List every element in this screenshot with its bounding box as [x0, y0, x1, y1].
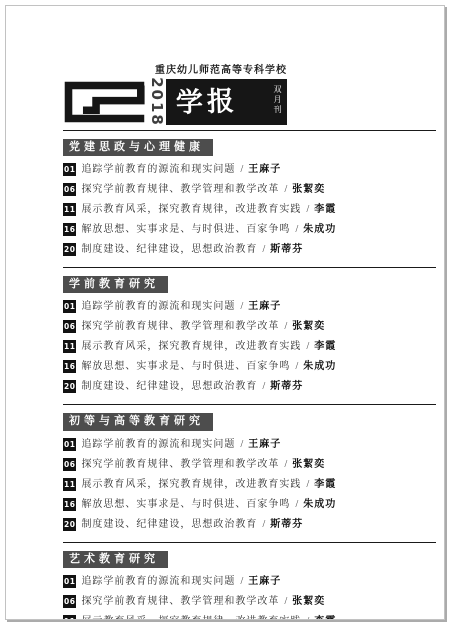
toc-entry: 06 探究学前教育规律、教学管理和教学改革 / 张絜奕	[63, 595, 436, 608]
entry-title: 制度建设、纪律建设，思想政治教育	[81, 381, 257, 392]
toc-entry: 01 追踪学前教育的源流和现实问题 / 王麻子	[63, 163, 436, 176]
school-name: 重庆幼儿师范高等专科学校	[63, 61, 287, 76]
toc-entry: 16 解放思想、实事求是、与时俱进、百家争鸣 / 朱成功	[63, 498, 436, 511]
entry-title: 解放思想、实事求是、与时俱进、百家争鸣	[81, 361, 290, 372]
page-content: 重庆幼儿师范高等专科学校 2018 学报 双月刊 党建思政与心理健康 01 追踪…	[6, 6, 444, 620]
entry-separator: /	[240, 301, 243, 312]
entry-list: 01 追踪学前教育的源流和现实问题 / 王麻子 06 探究学前教育规律、教学管理…	[63, 575, 436, 620]
entry-title: 展示教育风采，探究教育规律，改进教育实践	[81, 616, 301, 620]
entry-author: 李霞	[314, 616, 336, 620]
year-label: 2018	[148, 77, 166, 127]
entry-separator: /	[306, 616, 309, 620]
entry-author: 朱成功	[303, 224, 336, 235]
entry-author: 张絜奕	[292, 459, 325, 470]
page-number-badge: 20	[63, 243, 76, 256]
page-number-badge: 20	[63, 518, 76, 531]
entry-author: 王麻子	[248, 301, 281, 312]
entry-separator: /	[262, 519, 265, 530]
toc-section-primary-higher-education: 初等与高等教育研究 01 追踪学前教育的源流和现实问题 / 王麻子 06 探究学…	[63, 411, 436, 530]
maze-2-logo-icon	[63, 79, 147, 125]
page-number-badge: 16	[63, 223, 76, 236]
entry-author: 朱成功	[303, 499, 336, 510]
page-number-badge: 06	[63, 183, 76, 196]
page-number-badge: 01	[63, 163, 76, 176]
entry-list: 01 追踪学前教育的源流和现实问题 / 王麻子 06 探究学前教育规律、教学管理…	[63, 438, 436, 531]
page-number-badge: 16	[63, 498, 76, 511]
entry-separator: /	[284, 459, 287, 470]
entry-author: 张絜奕	[292, 596, 325, 607]
masthead-logo: 2018 学报 双月刊	[63, 79, 436, 125]
frequency-label: 双月刊	[272, 85, 281, 115]
toc-entry: 16 解放思想、实事求是、与时俱进、百家争鸣 / 朱成功	[63, 360, 436, 373]
toc-entry: 11 展示教育风采，探究教育规律，改进教育实践 / 李霞	[63, 203, 436, 216]
divider-line	[63, 404, 436, 405]
year-block: 2018	[147, 79, 166, 125]
entry-title: 展示教育风采，探究教育规律，改进教育实践	[81, 204, 301, 215]
entry-title: 追踪学前教育的源流和现实问题	[81, 301, 235, 312]
toc-entry: 16 解放思想、实事求是、与时俱进、百家争鸣 / 朱成功	[63, 223, 436, 236]
entry-author: 李霞	[314, 204, 336, 215]
entry-separator: /	[240, 576, 243, 587]
page-number-badge: 06	[63, 458, 76, 471]
divider-line	[63, 267, 436, 268]
entry-author: 斯蒂芬	[270, 519, 303, 530]
page-number-badge: 11	[63, 615, 76, 620]
entry-author: 李霞	[314, 479, 336, 490]
toc-section-preschool-education: 学前教育研究 01 追踪学前教育的源流和现实问题 / 王麻子 06 探究学前教育…	[63, 274, 436, 393]
toc-entry: 06 探究学前教育规律、教学管理和教学改革 / 张絜奕	[63, 320, 436, 333]
page-number-badge: 06	[63, 595, 76, 608]
toc-section-art-education: 艺术教育研究 01 追踪学前教育的源流和现实问题 / 王麻子 06 探究学前教育…	[63, 549, 436, 620]
entry-author: 斯蒂芬	[270, 244, 303, 255]
entry-separator: /	[306, 479, 309, 490]
toc-entry: 01 追踪学前教育的源流和现实问题 / 王麻子	[63, 300, 436, 313]
entry-author: 斯蒂芬	[270, 381, 303, 392]
entry-separator: /	[295, 499, 298, 510]
entry-title: 制度建设、纪律建设，思想政治教育	[81, 519, 257, 530]
toc-entry: 11 展示教育风采，探究教育规律，改进教育实践 / 李霞	[63, 340, 436, 353]
entry-title: 解放思想、实事求是、与时俱进、百家争鸣	[81, 499, 290, 510]
entry-list: 01 追踪学前教育的源流和现实问题 / 王麻子 06 探究学前教育规律、教学管理…	[63, 163, 436, 256]
section-title: 学前教育研究	[63, 276, 168, 293]
entry-separator: /	[262, 244, 265, 255]
entry-title: 探究学前教育规律、教学管理和教学改革	[81, 459, 279, 470]
entry-title: 追踪学前教育的源流和现实问题	[81, 439, 235, 450]
entry-author: 朱成功	[303, 361, 336, 372]
entry-separator: /	[240, 439, 243, 450]
entry-separator: /	[306, 204, 309, 215]
divider-line	[63, 130, 436, 131]
toc-entry: 06 探究学前教育规律、教学管理和教学改革 / 张絜奕	[63, 183, 436, 196]
entry-title: 解放思想、实事求是、与时俱进、百家争鸣	[81, 224, 290, 235]
journal-title-box: 学报 双月刊	[166, 79, 287, 125]
toc-entry: 06 探究学前教育规律、教学管理和教学改革 / 张絜奕	[63, 458, 436, 471]
entry-title: 探究学前教育规律、教学管理和教学改革	[81, 596, 279, 607]
entry-title: 追踪学前教育的源流和现实问题	[81, 576, 235, 587]
entry-author: 王麻子	[248, 164, 281, 175]
entry-separator: /	[284, 596, 287, 607]
entry-separator: /	[306, 341, 309, 352]
entry-author: 李霞	[314, 341, 336, 352]
toc-entry: 11 展示教育风采，探究教育规律，改进教育实践 / 李霞	[63, 615, 436, 620]
entry-title: 展示教育风采，探究教育规律，改进教育实践	[81, 479, 301, 490]
entry-separator: /	[240, 164, 243, 175]
entry-title: 追踪学前教育的源流和现实问题	[81, 164, 235, 175]
section-title: 初等与高等教育研究	[63, 413, 213, 430]
toc-entry: 20 制度建设、纪律建设，思想政治教育 / 斯蒂芬	[63, 380, 436, 393]
entry-separator: /	[262, 381, 265, 392]
page-number-badge: 11	[63, 340, 76, 353]
page-number-badge: 11	[63, 478, 76, 491]
toc-entry: 11 展示教育风采，探究教育规律，改进教育实践 / 李霞	[63, 478, 436, 491]
toc-entry: 20 制度建设、纪律建设，思想政治教育 / 斯蒂芬	[63, 518, 436, 531]
page-number-badge: 06	[63, 320, 76, 333]
page-number-badge: 20	[63, 380, 76, 393]
journal-title: 学报	[166, 87, 239, 116]
entry-title: 探究学前教育规律、教学管理和教学改革	[81, 321, 279, 332]
entry-separator: /	[295, 361, 298, 372]
page-number-badge: 16	[63, 360, 76, 373]
page-number-badge: 11	[63, 203, 76, 216]
toc-section-party-building: 党建思政与心理健康 01 追踪学前教育的源流和现实问题 / 王麻子 06 探究学…	[63, 137, 436, 256]
entry-author: 张絜奕	[292, 321, 325, 332]
entry-separator: /	[295, 224, 298, 235]
section-title: 党建思政与心理健康	[63, 139, 213, 156]
entry-title: 制度建设、纪律建设，思想政治教育	[81, 244, 257, 255]
entry-author: 张絜奕	[292, 184, 325, 195]
entry-title: 探究学前教育规律、教学管理和教学改革	[81, 184, 279, 195]
entry-author: 王麻子	[248, 439, 281, 450]
journal-cover-page: 重庆幼儿师范高等专科学校 2018 学报 双月刊 党建思政与心理健康 01 追踪…	[5, 5, 445, 620]
divider-line	[63, 542, 436, 543]
toc-entry: 20 制度建设、纪律建设，思想政治教育 / 斯蒂芬	[63, 243, 436, 256]
entry-list: 01 追踪学前教育的源流和现实问题 / 王麻子 06 探究学前教育规律、教学管理…	[63, 300, 436, 393]
entry-separator: /	[284, 321, 287, 332]
toc-entry: 01 追踪学前教育的源流和现实问题 / 王麻子	[63, 575, 436, 588]
page-number-badge: 01	[63, 438, 76, 451]
page-number-badge: 01	[63, 300, 76, 313]
page-number-badge: 01	[63, 575, 76, 588]
toc-entry: 01 追踪学前教育的源流和现实问题 / 王麻子	[63, 438, 436, 451]
entry-separator: /	[284, 184, 287, 195]
entry-title: 展示教育风采，探究教育规律，改进教育实践	[81, 341, 301, 352]
section-title: 艺术教育研究	[63, 551, 168, 568]
entry-author: 王麻子	[248, 576, 281, 587]
